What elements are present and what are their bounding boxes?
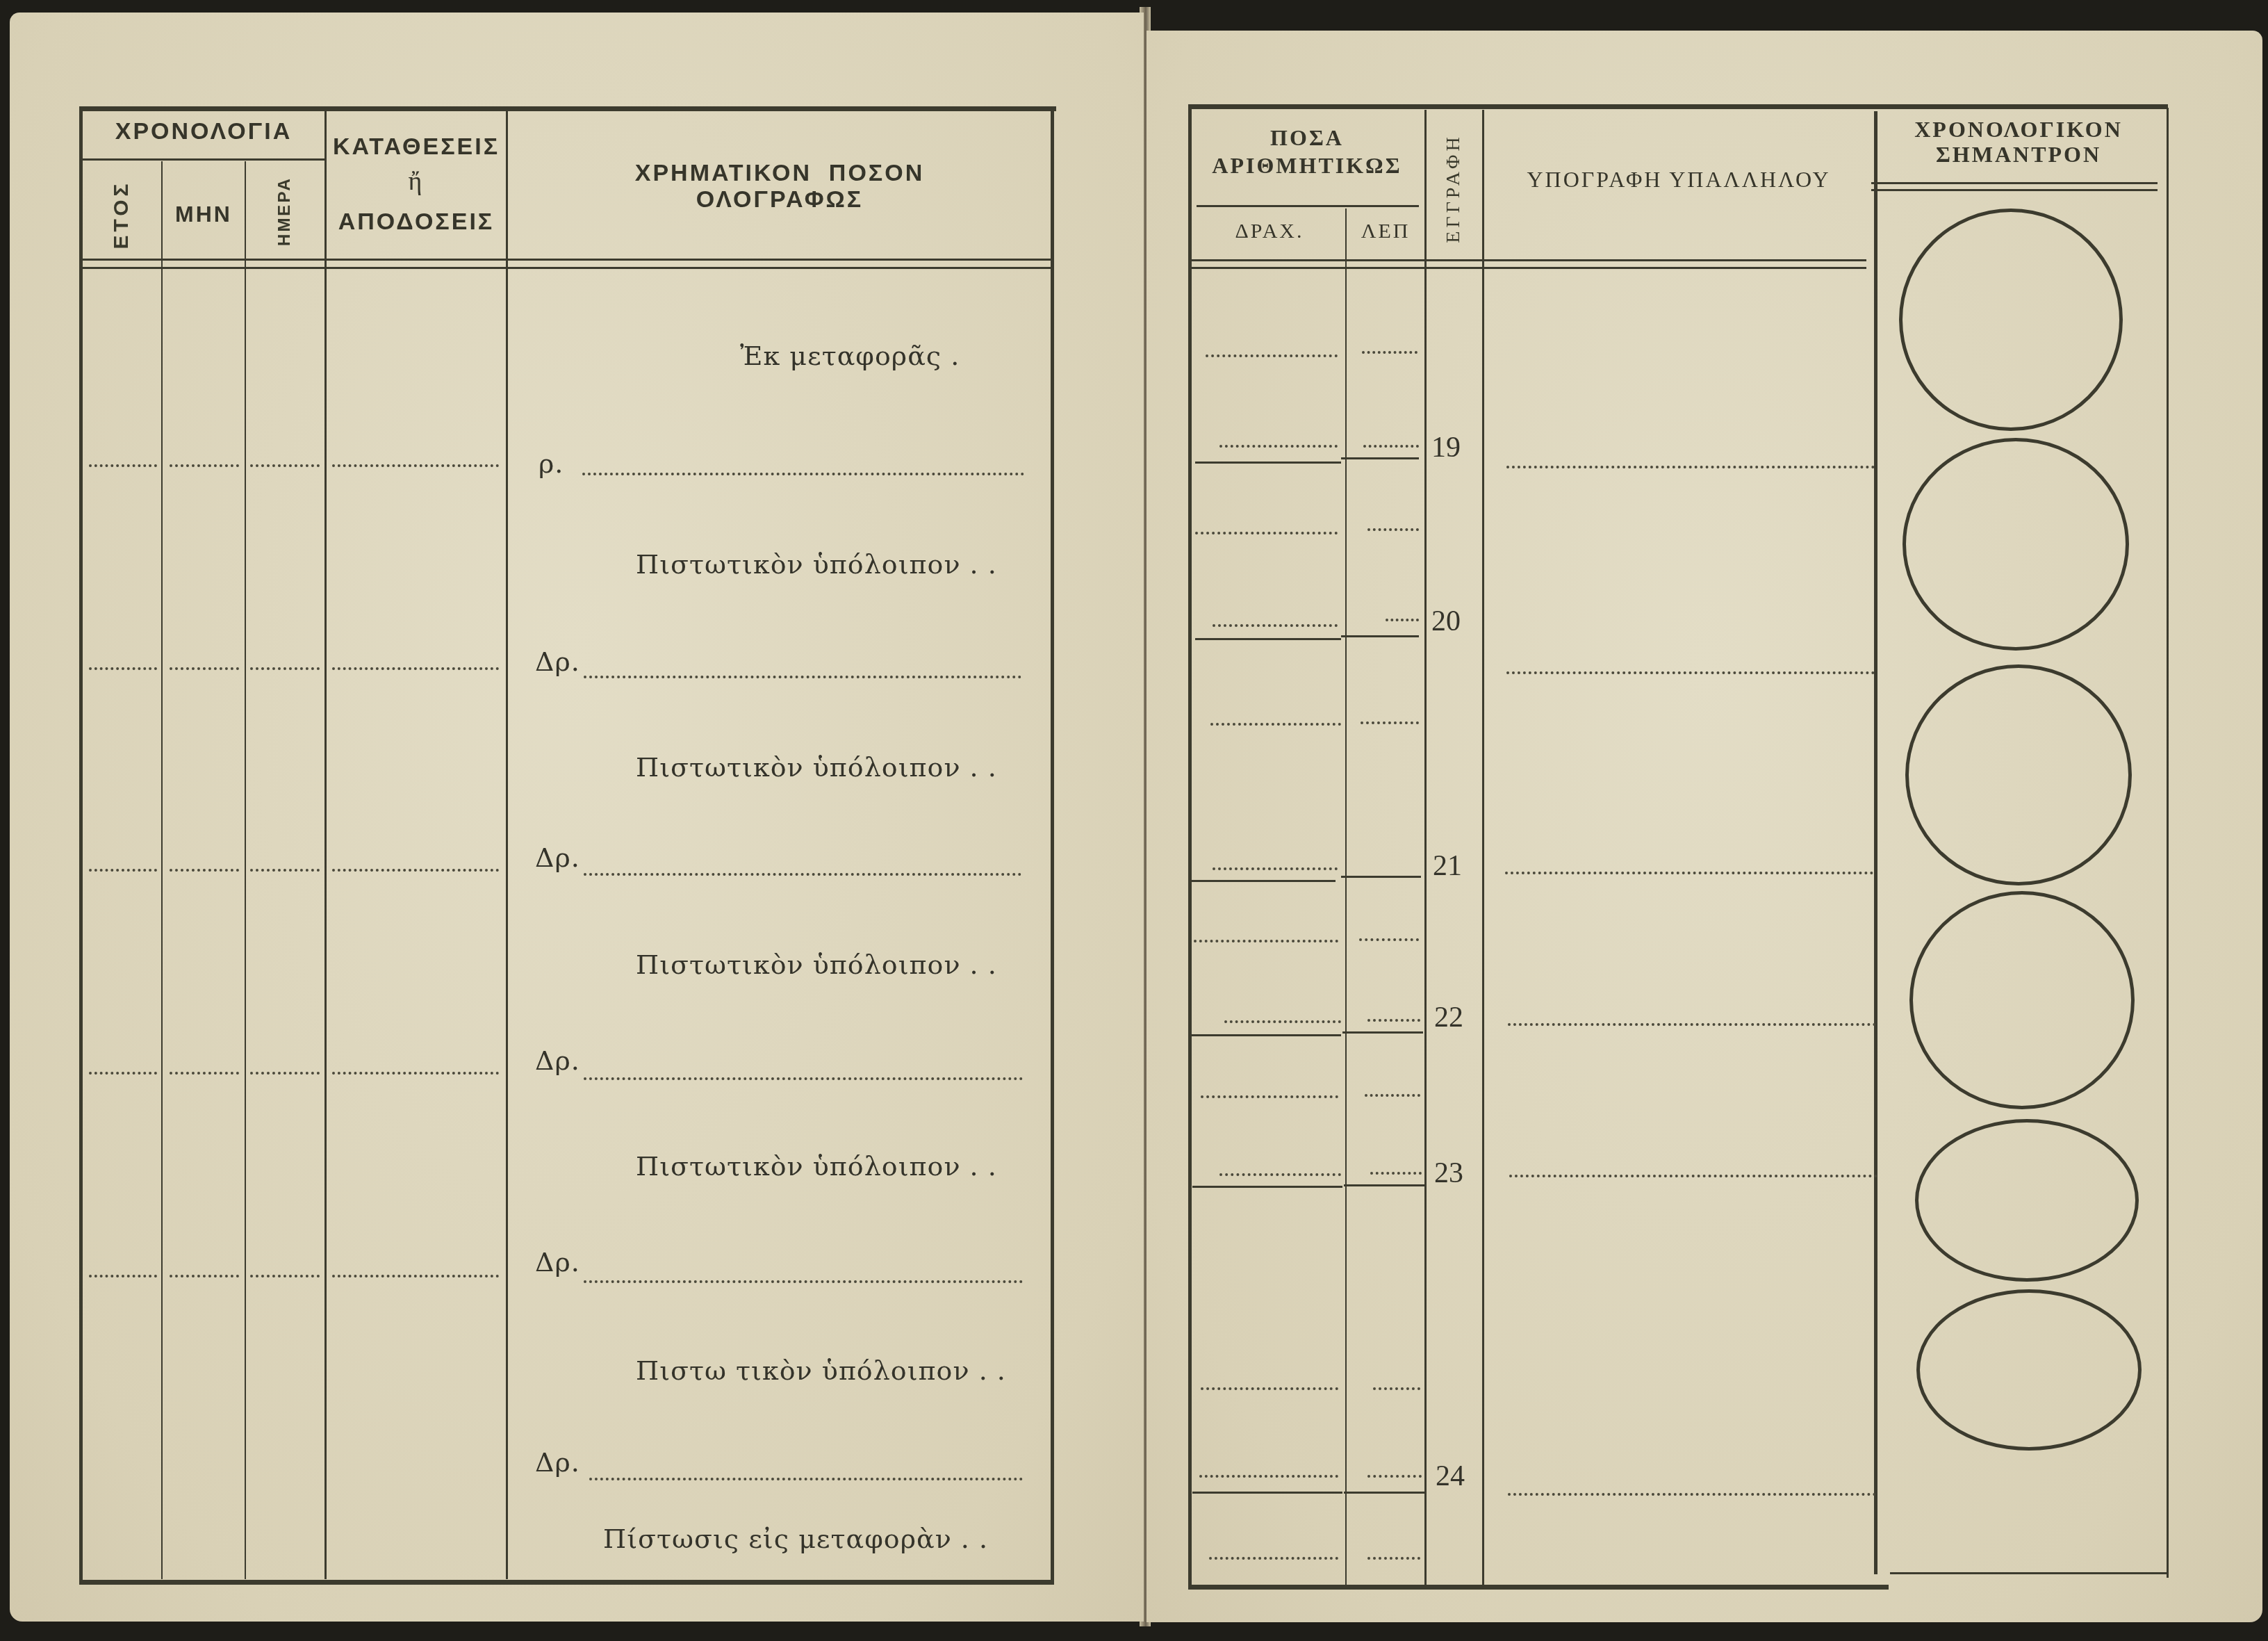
lep-field[interactable]	[1367, 528, 1419, 531]
header-drach: ΔΡΑΧ.	[1192, 220, 1347, 244]
header-ypografi-ypallilou: ΥΠΟΓΡΑΦΗ ΥΠΑΛΛΗΛΟΥ	[1484, 167, 1873, 193]
drach-field[interactable]	[1213, 867, 1338, 870]
col-divider-drach	[1345, 209, 1347, 1585]
col-divider-etos	[161, 161, 163, 1579]
carry-in-label: Ἐκ μεταφορᾶς .	[740, 341, 960, 371]
header-eggrafi: ΕΓΓΡΑΦΗ	[1443, 126, 1465, 251]
table-bottom-border	[1188, 1585, 1889, 1590]
row-rule	[1341, 876, 1421, 878]
header-olografos: ΟΛΟΓΡΑΦΩΣ	[509, 186, 1051, 213]
min-field[interactable]	[170, 464, 239, 467]
row-rule	[1344, 1184, 1424, 1186]
imera-field[interactable]	[250, 667, 320, 670]
header-simantron: ΣΗΜΑΝΤΡΟΝ	[1876, 142, 2161, 168]
header-divider-1	[82, 259, 1053, 261]
balance-label: Πιστωτικὸν ὑπόλοιπον . .	[636, 949, 997, 980]
lep-field[interactable]	[1367, 1475, 1422, 1478]
date-stamp-slot-2[interactable]	[1903, 438, 2129, 651]
table-top-border	[1188, 104, 2168, 109]
table-bottom-border	[79, 1580, 1054, 1585]
header-chronologia: ΧΡΟΝΟΛΟΓΙΑ	[82, 118, 325, 145]
table-right-border	[2167, 108, 2169, 1578]
row-rule	[1190, 880, 1336, 882]
imera-field[interactable]	[250, 1072, 320, 1075]
lep-field[interactable]	[1367, 1557, 1420, 1560]
entry-number: 21	[1433, 849, 1462, 883]
balance-label: Πιστωτικὸν ὑπόλοιπον . .	[636, 752, 997, 783]
drach-field[interactable]	[1201, 1095, 1338, 1098]
entry-number: 24	[1436, 1460, 1465, 1493]
header-chronologikon: ΧΡΟΝΟΛΟΓΙΚΟΝ	[1876, 117, 2161, 142]
amount-words-field[interactable]	[584, 1077, 1023, 1080]
date-stamp-slot-1[interactable]	[1899, 209, 2123, 431]
imera-field[interactable]	[250, 869, 320, 872]
lep-field[interactable]	[1362, 351, 1417, 354]
row-rule	[1192, 1186, 1342, 1188]
amount-words-field[interactable]	[584, 676, 1021, 678]
drach-field[interactable]	[1210, 723, 1341, 726]
stamp-header-divider-2	[1871, 189, 2158, 191]
etos-field[interactable]	[89, 667, 157, 670]
col-divider-eggrafi	[1482, 110, 1484, 1585]
row-rule	[1195, 462, 1341, 464]
balance-label: Πιστωτικὸν ὑπόλοιπον . .	[636, 549, 997, 580]
katatheseis-field[interactable]	[332, 464, 499, 467]
col-divider-katatheseis	[506, 110, 508, 1579]
row-rule	[1191, 1034, 1341, 1036]
entry-number: 19	[1431, 431, 1461, 464]
drach-field[interactable]	[1201, 1387, 1338, 1390]
header-divider-2	[1191, 267, 1866, 269]
etos-field[interactable]	[89, 1072, 157, 1075]
min-field[interactable]	[170, 667, 239, 670]
drach-field[interactable]	[1219, 445, 1338, 448]
row-rule	[1344, 1492, 1424, 1494]
lep-field[interactable]	[1361, 721, 1419, 724]
col-divider-ypografi	[1874, 111, 1877, 1574]
date-stamp-slot-3[interactable]	[1905, 664, 2132, 885]
entry-prefix: Δρ.	[535, 1447, 580, 1478]
header-lep: ΛΕΠ	[1347, 220, 1424, 244]
amount-words-field[interactable]	[582, 473, 1024, 475]
header-imera: ΗΜΕΡΑ	[275, 163, 295, 260]
row-rule	[1342, 1031, 1423, 1034]
drach-field[interactable]	[1199, 1475, 1338, 1478]
signature-field[interactable]	[1509, 1175, 1877, 1177]
katatheseis-field[interactable]	[332, 1275, 499, 1277]
entry-prefix: Δρ.	[535, 1247, 580, 1277]
lep-field[interactable]	[1363, 445, 1419, 448]
header-divider-2	[82, 267, 1053, 269]
etos-field[interactable]	[89, 869, 157, 872]
balance-label: Πιστωτικὸν ὑπόλοιπον . .	[636, 1151, 997, 1182]
table-left-border	[1188, 108, 1192, 1590]
table-right-border	[1051, 108, 1054, 1585]
entry-prefix: Δρ.	[535, 842, 580, 873]
table-left-border	[79, 108, 83, 1585]
header-posa: ΠΟΣΑ	[1192, 125, 1422, 151]
entry-prefix: Δρ.	[535, 646, 580, 677]
lep-field[interactable]	[1359, 938, 1419, 941]
signature-field[interactable]	[1506, 466, 1875, 468]
header-chrimatikon-poson: ΧΡΗΜΑΤΙΚΟΝ ΠΟΣΟΝ	[509, 160, 1051, 187]
min-field[interactable]	[170, 1275, 239, 1277]
signature-field[interactable]	[1506, 671, 1875, 674]
katatheseis-field[interactable]	[332, 1072, 499, 1075]
lep-field[interactable]	[1373, 1387, 1420, 1390]
drach-field[interactable]	[1206, 354, 1338, 357]
row-rule	[1195, 638, 1341, 640]
drach-field[interactable]	[1209, 1557, 1338, 1560]
drach-field[interactable]	[1213, 624, 1338, 627]
signature-field[interactable]	[1505, 872, 1873, 874]
lep-field[interactable]	[1386, 619, 1419, 621]
header-min: ΜΗΝ	[163, 202, 245, 227]
signature-field[interactable]	[1508, 1023, 1876, 1026]
entry-prefix: ρ.	[539, 448, 564, 479]
signature-field[interactable]	[1508, 1493, 1876, 1496]
header-arithmitikos: ΑΡΙΘΜΗΤΙΚΩΣ	[1192, 153, 1422, 179]
entry-number: 22	[1434, 1001, 1463, 1034]
etos-field[interactable]	[89, 464, 157, 467]
chronologia-divider	[82, 158, 325, 161]
lep-field[interactable]	[1367, 1019, 1420, 1022]
drach-field[interactable]	[1195, 532, 1338, 534]
drach-field[interactable]	[1194, 940, 1338, 942]
amount-words-field[interactable]	[584, 873, 1021, 876]
row-rule	[1341, 635, 1419, 637]
katatheseis-field[interactable]	[332, 869, 499, 872]
drach-field[interactable]	[1224, 1020, 1341, 1023]
header-apodoseis: ΑΠΟΔΟΣΕΙΣ	[327, 209, 506, 236]
entry-prefix: Δρ.	[535, 1045, 580, 1076]
min-field[interactable]	[170, 869, 239, 872]
row-rule	[1341, 457, 1419, 459]
header-or: ἤ	[327, 167, 506, 197]
col-divider-min	[245, 161, 246, 1579]
date-stamp-slot-4[interactable]	[1909, 891, 2135, 1109]
lep-field[interactable]	[1365, 1094, 1420, 1097]
balance-label: Πιστω τικὸν ὑπόλοιπον . .	[636, 1355, 1006, 1386]
header-etos: ΕΤΟΣ	[110, 163, 133, 267]
col-divider-lep	[1424, 110, 1427, 1585]
amount-words-field[interactable]	[589, 1478, 1023, 1480]
amount-words-field[interactable]	[584, 1280, 1023, 1283]
katatheseis-field[interactable]	[332, 667, 499, 670]
date-stamp-slot-6[interactable]	[1916, 1289, 2142, 1451]
drach-field[interactable]	[1219, 1173, 1341, 1176]
header-katatheseis: ΚΑΤΑΘΕΣΕΙΣ	[327, 133, 506, 161]
entry-number: 20	[1431, 605, 1461, 638]
header-divider-1	[1191, 259, 1866, 261]
table-top-border	[79, 106, 1056, 111]
lep-field[interactable]	[1370, 1172, 1422, 1175]
etos-field[interactable]	[89, 1275, 157, 1277]
stamp-header-divider-1	[1871, 182, 2158, 184]
posa-divider	[1197, 205, 1419, 207]
min-field[interactable]	[170, 1072, 239, 1075]
date-stamp-slot-5[interactable]	[1915, 1119, 2139, 1282]
entry-number: 23	[1434, 1157, 1463, 1190]
carry-out-label: Πίστωσις εἰς μεταφορὰν . .	[603, 1524, 988, 1554]
imera-field[interactable]	[250, 464, 320, 467]
col-divider-imera	[324, 110, 327, 1579]
stamp-bottom-border	[1890, 1572, 2168, 1574]
imera-field[interactable]	[250, 1275, 320, 1277]
row-rule	[1192, 1492, 1342, 1494]
